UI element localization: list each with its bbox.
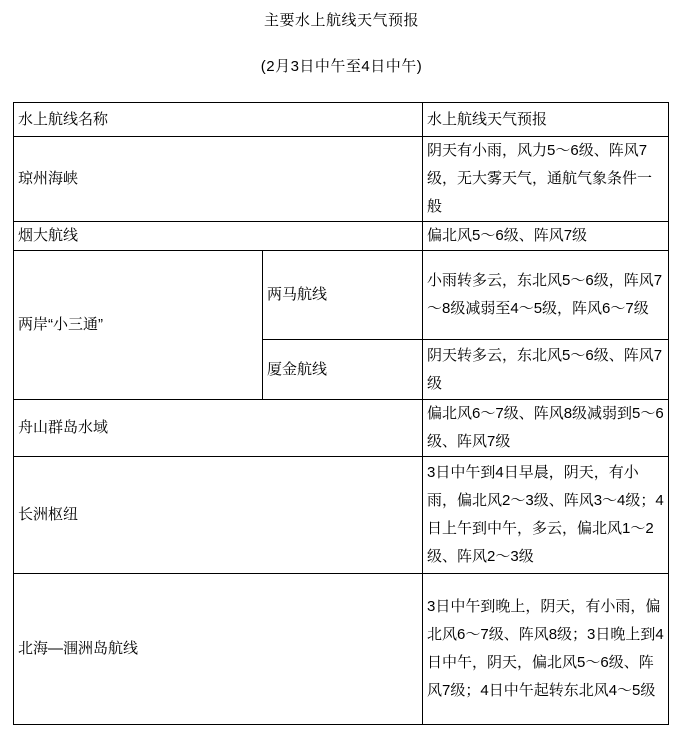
route-name-cell: 舟山群岛水域 <box>14 400 423 457</box>
forecast-cell: 小雨转多云，东北风5～6级，阵风7～8级减弱至4～5级，阵风6～7级 <box>423 251 669 340</box>
route-subname-cell: 厦金航线 <box>263 340 423 400</box>
forecast-cell: 阴天转多云，东北风5～6级、阵风7级 <box>423 340 669 400</box>
column-header-forecast: 水上航线天气预报 <box>423 103 669 137</box>
table-row-liangma: 两岸“小三通” 两马航线 小雨转多云，东北风5～6级，阵风7～8级减弱至4～5级… <box>14 251 669 340</box>
route-name-cell: 北海—涠洲岛航线 <box>14 574 423 725</box>
page-title: 主要水上航线天气预报 <box>0 0 683 30</box>
forecast-cell: 偏北风6～7级、阵风8级减弱到5～6级、阵风7级 <box>423 400 669 457</box>
route-name-cell: 长洲枢纽 <box>14 457 423 574</box>
table-row-changzhou: 长洲枢纽 3日中午到4日早晨，阴天，有小雨，偏北风2～3级、阵风3～4级；4日上… <box>14 457 669 574</box>
column-header-route-name: 水上航线名称 <box>14 103 423 137</box>
route-group-cell-santong: 两岸“小三通” <box>14 251 263 400</box>
header-row: 水上航线名称 水上航线天气预报 <box>14 103 669 137</box>
route-name-cell: 琼州海峡 <box>14 137 423 222</box>
route-subname-cell: 两马航线 <box>263 251 423 340</box>
forecast-cell: 阴天有小雨，风力5～6级、阵风7级，无大雾天气，通航气象条件一般 <box>423 137 669 222</box>
table-row-beihai: 北海—涠洲岛航线 3日中午到晚上，阴天，有小雨，偏北风6～7级、阵风8级；3日晚… <box>14 574 669 725</box>
table-row-yanda: 烟大航线 偏北风5～6级、阵风7级 <box>14 222 669 251</box>
page-subtitle: (2月3日中午至4日中午) <box>0 55 683 76</box>
forecast-cell: 3日中午到4日早晨，阴天，有小雨，偏北风2～3级、阵风3～4级；4日上午到中午，… <box>423 457 669 574</box>
forecast-cell: 偏北风5～6级、阵风7级 <box>423 222 669 251</box>
forecast-cell: 3日中午到晚上，阴天，有小雨，偏北风6～7级、阵风8级；3日晚上到4日中午，阴天… <box>423 574 669 725</box>
table-row-zhoushan: 舟山群岛水域 偏北风6～7级、阵风8级减弱到5～6级、阵风7级 <box>14 400 669 457</box>
table-row-qiongzhou: 琼州海峡 阴天有小雨，风力5～6级、阵风7级，无大雾天气，通航气象条件一般 <box>14 137 669 222</box>
route-name-cell: 烟大航线 <box>14 222 423 251</box>
forecast-table: 水上航线名称 水上航线天气预报 琼州海峡 阴天有小雨，风力5～6级、阵风7级，无… <box>13 102 669 725</box>
document-page: 主要水上航线天气预报 (2月3日中午至4日中午) 水上航线名称 水上航线天气预报… <box>0 0 683 738</box>
